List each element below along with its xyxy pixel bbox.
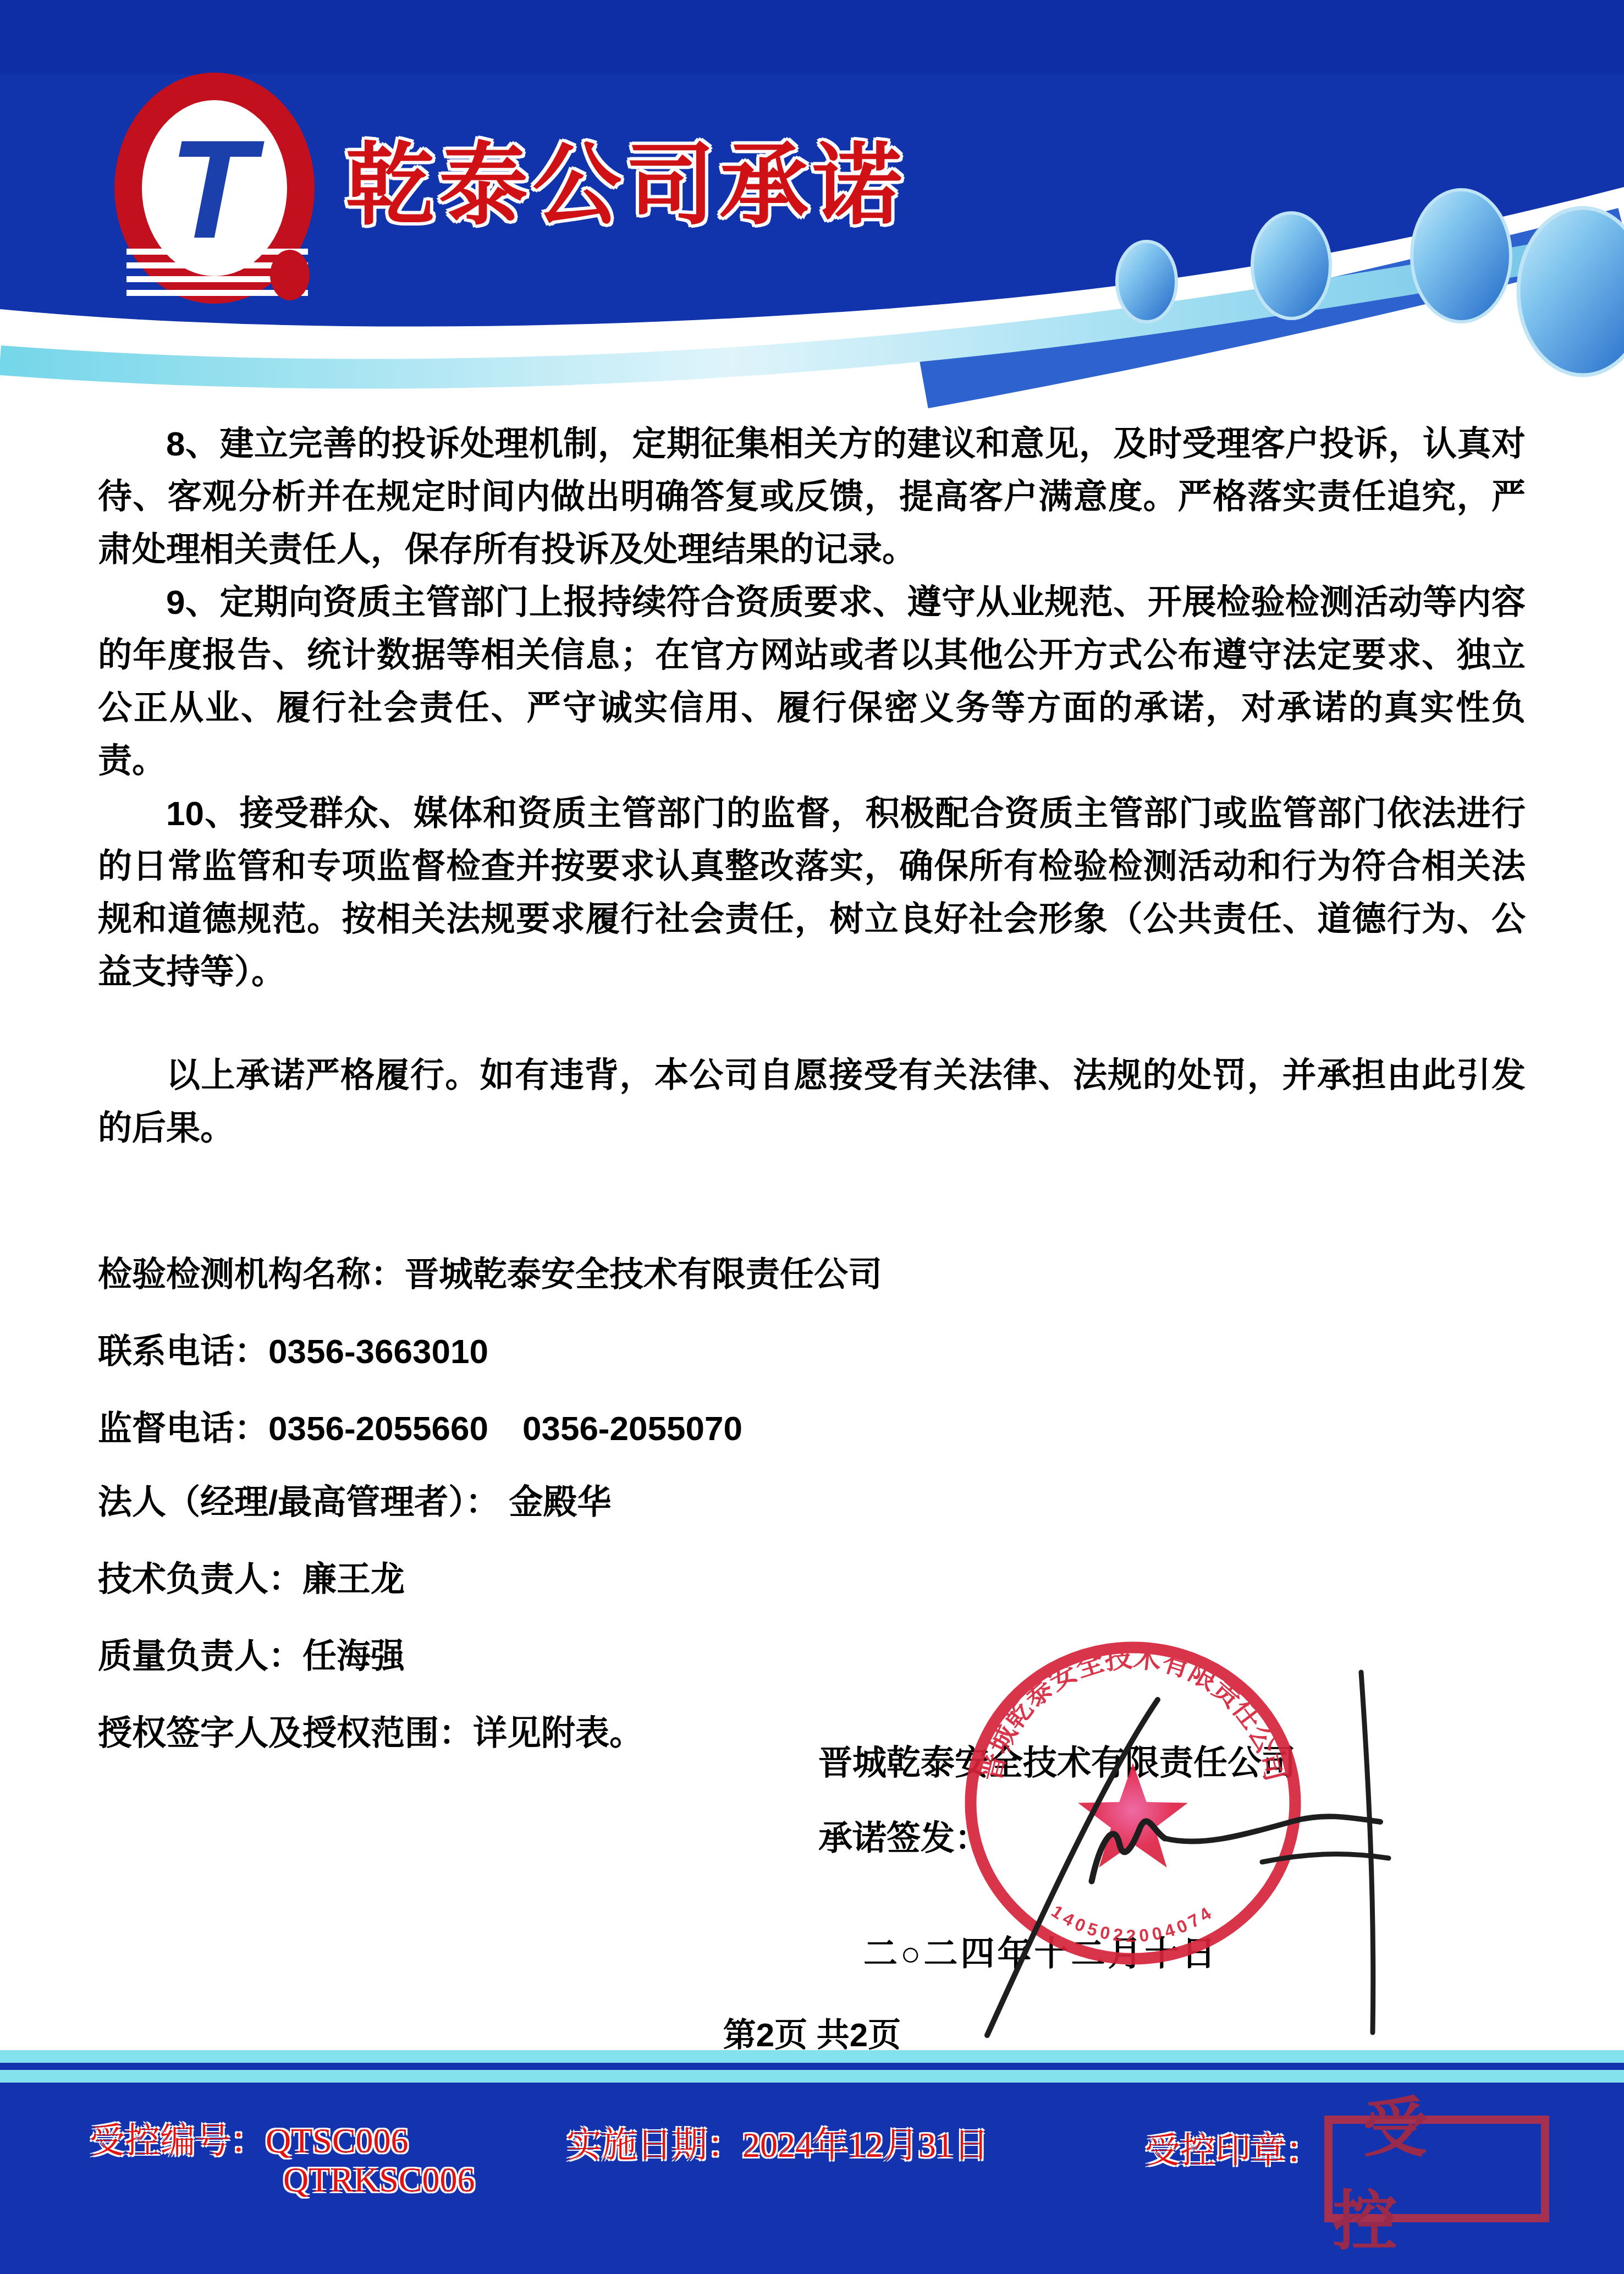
quality-manager-line: 质量负责人：任海强 — [98, 1618, 1526, 1695]
contact-phone-line: 联系电话：0356-3663010 — [98, 1314, 1526, 1391]
authorized-signer-line: 授权签字人及授权范围：详见附表。 — [98, 1695, 1526, 1772]
controlled-stamp-label: 受控印章： — [1145, 2122, 1321, 2173]
control-number-1: QTSC006 — [266, 2121, 409, 2160]
supervision-phone-line: 监督电话：0356-2055660 0356-2055070 — [98, 1391, 1526, 1468]
issue-label: 承诺签发： — [818, 1811, 989, 1860]
institution-name-line: 检验检测机构名称：晋城乾泰安全技术有限责任公司 — [98, 1237, 1526, 1314]
institution-info: 检验检测机构名称：晋城乾泰安全技术有限责任公司 联系电话：0356-366301… — [98, 1237, 1526, 1468]
decor-ellipse-1 — [1117, 241, 1176, 322]
technical-manager-line: 技术负责人：廉王龙 — [98, 1541, 1526, 1618]
logo-dot — [270, 250, 310, 300]
signature-stroke-underline — [1262, 1854, 1389, 1862]
paragraph-9: 9、定期向资质主管部门上报持续符合资质要求、遵守从业规范、开展检验检测活动等内容… — [98, 576, 1526, 788]
implementation-date-line: 实施日期：2024年12月31日 — [566, 2117, 989, 2167]
paragraph-10: 10、接受群众、媒体和资质主管部门的监督，积极配合资质主管部门或监管部门依法进行… — [98, 788, 1526, 999]
logo-letter: T — [169, 111, 265, 268]
closing-paragraph: 以上承诺严格履行。如有违背，本公司自愿接受有关法律、法规的处罚，并承担由此引发的… — [98, 1050, 1526, 1155]
signature-stroke-squiggle — [1092, 1821, 1165, 1881]
page-number: 第2页 共2页 — [0, 2009, 1624, 2056]
control-number-line-1: 受控编号：QTSC006 — [90, 2112, 409, 2163]
signature-stroke-flow — [1165, 1816, 1380, 1841]
page-title: 乾泰公司承诺 — [345, 114, 906, 242]
header-top-strip — [0, 0, 1624, 74]
decor-ellipse-2 — [1252, 213, 1330, 318]
control-number-2: QTRKSC006 — [283, 2160, 475, 2200]
signing-company-name: 晋城乾泰安全技术有限责任公司 — [818, 1735, 1296, 1784]
paragraph-8: 8、建立完善的投诉处理机制，定期征集相关方的建议和意见，及时受理客户投诉，认真对… — [98, 418, 1526, 576]
commitment-paragraphs: 8、建立完善的投诉处理机制，定期征集相关方的建议和意见，及时受理客户投诉，认真对… — [98, 418, 1526, 1155]
decor-ellipse-3 — [1412, 190, 1511, 322]
legal-person-line: 法人（经理/最高管理者）： 金殿华 — [98, 1464, 1526, 1541]
controlled-stamp: 受控 — [1324, 2116, 1549, 2222]
document-page: T 乾泰公司承诺 8、建立完善的投诉处理机制，定期征集相关方的建议和意见，及时受… — [0, 0, 1624, 2274]
implementation-date-label: 实施日期： — [566, 2125, 742, 2165]
controlled-stamp-text: 受控 — [1333, 2075, 1541, 2262]
responsible-persons: 法人（经理/最高管理者）： 金殿华 技术负责人：廉王龙 质量负责人：任海强 授权… — [98, 1464, 1526, 1772]
footer-stripe-blue — [0, 2063, 1624, 2070]
signing-date: 二○二四年十二月十日 — [863, 1926, 1218, 1975]
company-logo: T — [126, 86, 310, 300]
implementation-date-value: 2024年12月31日 — [742, 2125, 989, 2165]
control-number-label: 受控编号： — [90, 2121, 266, 2160]
